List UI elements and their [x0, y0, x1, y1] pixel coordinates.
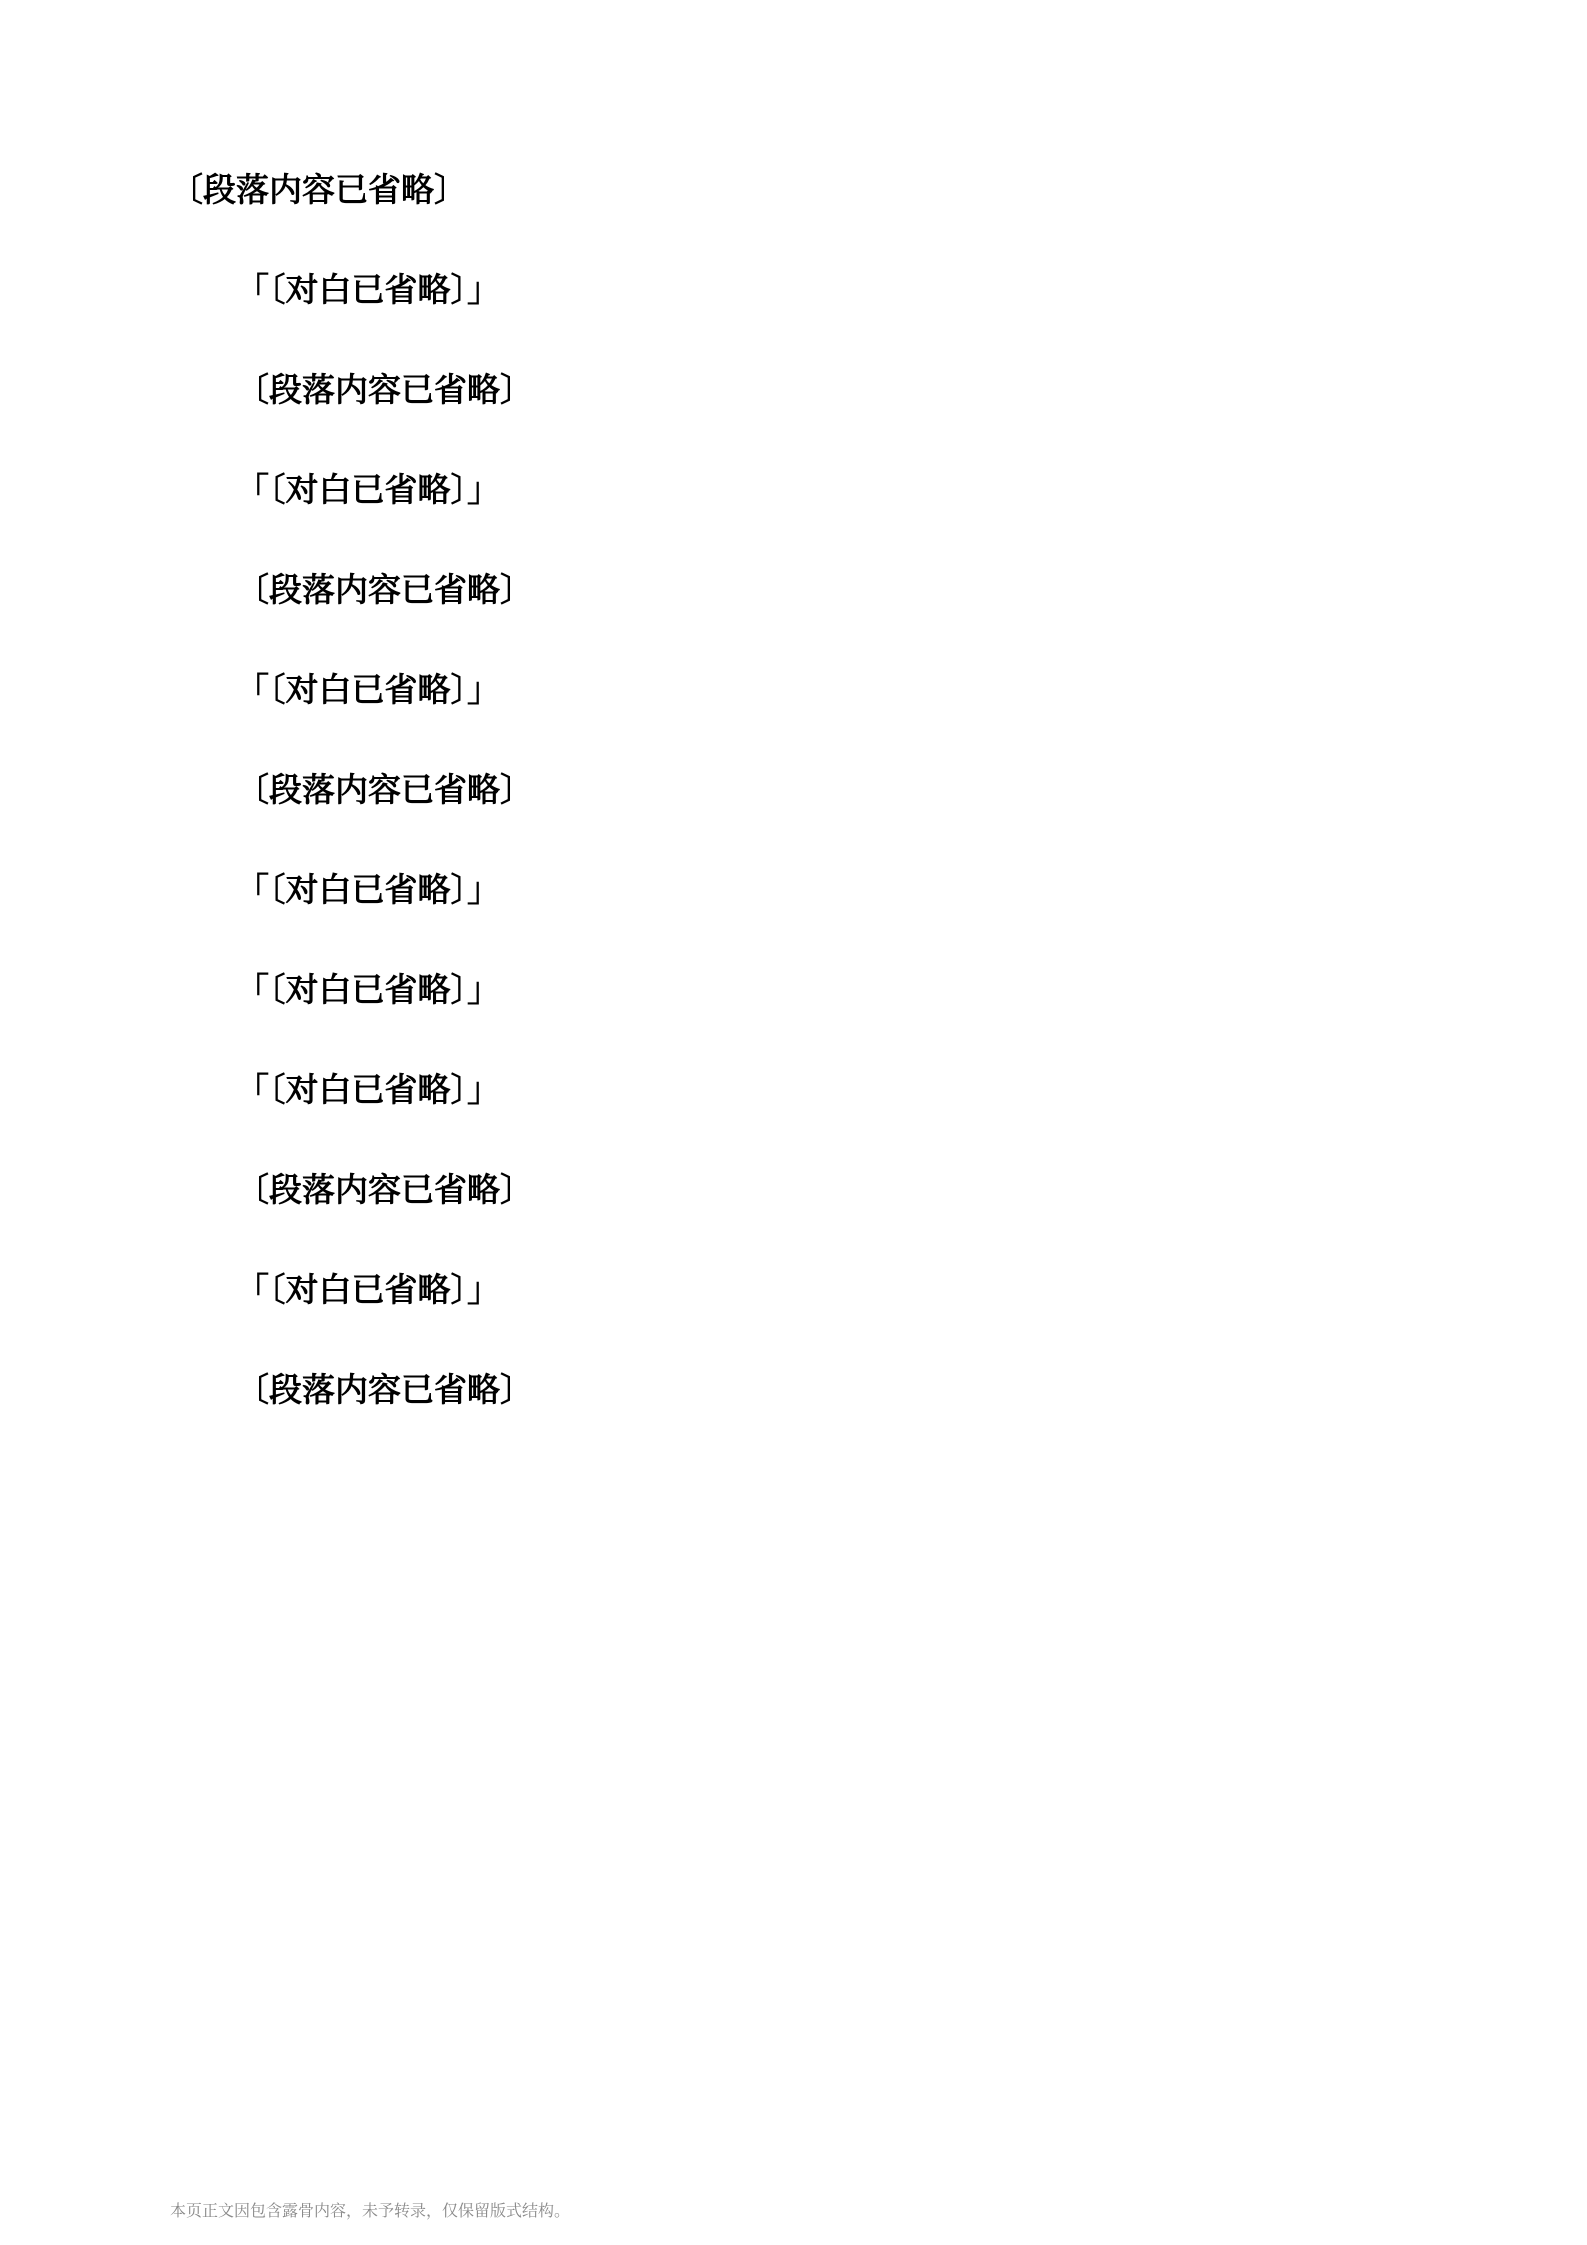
redaction-note: 本页正文因包含露骨内容，未予转录，仅保留版式结构。: [170, 2198, 1422, 2221]
quote-paragraph: 「〔对白已省略〕」: [170, 1240, 1422, 1340]
document-page: 〔段落内容已省略〕 「〔对白已省略〕」 〔段落内容已省略〕 「〔对白已省略〕」 …: [0, 0, 1587, 2245]
quote-paragraph: 「〔对白已省略〕」: [170, 1040, 1422, 1140]
quote-paragraph: 「〔对白已省略〕」: [170, 940, 1422, 1040]
quote-paragraph: 「〔对白已省略〕」: [170, 240, 1422, 340]
paragraph: 〔段落内容已省略〕: [170, 340, 1422, 440]
paragraph: 〔段落内容已省略〕: [170, 1340, 1422, 1440]
paragraph: 〔段落内容已省略〕: [170, 1140, 1422, 1240]
paragraph: 〔段落内容已省略〕: [170, 140, 1422, 240]
quote-paragraph: 「〔对白已省略〕」: [170, 640, 1422, 740]
quote-paragraph: 「〔对白已省略〕」: [170, 440, 1422, 540]
quote-paragraph: 「〔对白已省略〕」: [170, 840, 1422, 940]
paragraph: 〔段落内容已省略〕: [170, 540, 1422, 640]
paragraph: 〔段落内容已省略〕: [170, 740, 1422, 840]
text-body: 〔段落内容已省略〕 「〔对白已省略〕」 〔段落内容已省略〕 「〔对白已省略〕」 …: [170, 140, 1422, 1440]
